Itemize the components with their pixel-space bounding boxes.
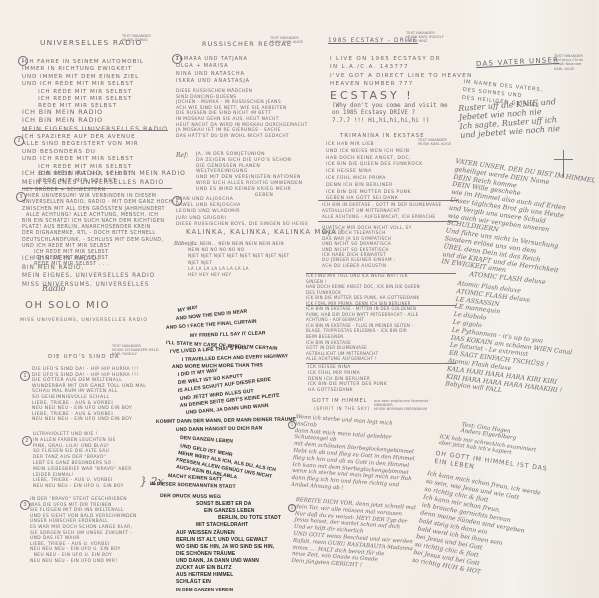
- song-credit: TEXT NIKANDER MUSIK ZOMAS: [122, 34, 151, 42]
- song-credit: TEXT NIKANDER MUSIK KARL AUGE: [418, 138, 451, 146]
- verse-number: 1: [20, 371, 30, 381]
- lyric-line: IN DEM GANZEN VEREIN: [176, 586, 233, 594]
- verse-2: ULTRAVIOLETT UND WIE ! IN ALLEN FARBEN L…: [33, 432, 132, 490]
- outro-tag: MISS UNIVERSUMS, UNIVERSELLES RADIO: [20, 317, 148, 324]
- lyric-line: IN DIESER SOGENANNTEN STADT: [150, 481, 236, 492]
- chorus-2: ICH BIN MEIN RADIO, ICH BIN MEIN RADIO M…: [22, 170, 186, 187]
- lyric-line: UND DANN HÄNGST DU DICH RAN: [176, 425, 262, 434]
- ecstasy-hook: ECSTASY !: [330, 89, 414, 102]
- song-title-trimanina: TRIMANINA IN EKSTASE: [340, 133, 425, 139]
- song-credit: aus dem englischen übersetzt NIKANDER MU…: [374, 399, 428, 412]
- song-credit: TEXT NIKANDER MUSIK SCHWARZER HELD KARL …: [112, 344, 159, 357]
- song-credit: TEXT NIKANDER und Jesus Christ Musik Nik…: [554, 54, 583, 71]
- song-title-die-ufos: DIE UFO'S SIND DA: [48, 354, 120, 360]
- oh-gott-verse: Ich kann mich schon freun, ich werde so …: [411, 470, 541, 585]
- trimanina-verse-3: ICK FIND MIR TOLL UND ICK WEISS WATT ICK…: [306, 273, 420, 307]
- verse-3: IN DER "BRAVO" STEHT GESCHRIEBEN WAS DIE…: [30, 497, 137, 564]
- song-title-gott-im-himmel: GOTT IM HIMMEL: [312, 398, 367, 405]
- vater-unser-verse-1: Ruster uff die KNIE und Jebetet wie noch…: [458, 97, 560, 140]
- song-credit: TEXT NIKANDER MUSIK KARL AUGE: [270, 36, 303, 44]
- oh-solo-mio-heading: Oh SOLO MIO: [25, 300, 110, 311]
- lyrics-sheet: UNIVERSELLES RADIO TEXT NIKANDER MUSIK Z…: [0, 0, 599, 598]
- bridge: Ja ...nein... NEIN NEIN NEIN NEIN NEIN N…: [188, 241, 290, 278]
- atomic-flash-lyrics: Atomic Flash deluxe ATOMIC FLASH deluxe …: [445, 280, 579, 403]
- verse-1: ICH FAHRE IN SEINEM AUTOMOBIL IMMER IN R…: [22, 59, 144, 111]
- lyric-line: KOMMT DANN DER MANN, DER MANN DEINER TRÄ…: [156, 417, 296, 427]
- kalinka-line: KALINKA, KALINKA, KALINKA MOJA !: [186, 229, 344, 236]
- trimanina-box-1: ICH BIN IN EKSTASE , GOTT IN DER BLUMENV…: [322, 202, 442, 221]
- ecstasy-intro: I LIVE ON 1985 ECSTASY DR IN L.A./C.A. 1…: [330, 55, 473, 89]
- verse-1: DIE UFO'S SIND DA! - HIP HIP HURRA !!! D…: [32, 367, 146, 423]
- lyric-line: MIT STACHELDRAHT: [196, 522, 248, 530]
- refrain: JA, IN DER SOWJETUNION DA ZEIGEN SICH DI…: [196, 152, 303, 198]
- verse-number: 2: [22, 436, 32, 446]
- song-subtitle: (SPIRIT IN THE SKY): [314, 405, 370, 412]
- verse-2: IWAN UND ALJOSCHA PAWEL UND SERJOSCHA LE…: [176, 197, 308, 228]
- divider: [318, 200, 458, 201]
- outro-script: Radio: [42, 285, 65, 294]
- verse-1: TAMARA UND TATJANA OLGA + MARISA NINA UN…: [176, 56, 250, 86]
- trimanina-verse-1: ICK HAB MIR LIEB UND ICK WEISS WEN ICH M…: [326, 142, 423, 203]
- cross-icon: [563, 150, 564, 178]
- divider: [318, 221, 458, 222]
- trimanina-verse-4: ICH BIN IN EKSTASE - MITTEN IN DER GOLDE…: [306, 306, 418, 362]
- gott-verse-2: BEREITE DICH VOR, denn jetzt schnell mal…: [291, 497, 416, 573]
- refrain-label: Ref:: [176, 152, 188, 161]
- song-title-ecstasy-drive: 1985 ECSTASY - DRIVE: [328, 38, 418, 44]
- song-credit: TEXT NIKANDER MUSIK KARL RUDOLF PETER HI…: [406, 31, 444, 44]
- divider: [306, 363, 456, 364]
- cross-icon-bar: [554, 159, 573, 160]
- ecstasy-aside: (Why don't you come and visit me on 1985…: [332, 102, 448, 124]
- gott-verse-1: Wenn ich sterbe und man legt mich insGra…: [291, 414, 417, 497]
- verse-number: 3: [20, 500, 30, 510]
- trimanina-verse-5: ICK HEISSE NINA ICK FÜHL MIR PRIMA DENN …: [308, 365, 387, 394]
- vater-unser-prayer: VATER UNSER, DER DU BIST IM HIMMEL gehei…: [441, 158, 596, 286]
- trimanina-verse-2: QUATSCH MIR DOCH NICHT VOLL, EY MACH DOC…: [322, 225, 412, 268]
- lyric-line: MY FRIEND I'LL SAY IT CLEAR: [190, 330, 266, 340]
- verse-1b: DIESE RUSSISCHEN MÄDCHEN SIND DANCING-QU…: [176, 89, 308, 139]
- divider: [22, 130, 168, 131]
